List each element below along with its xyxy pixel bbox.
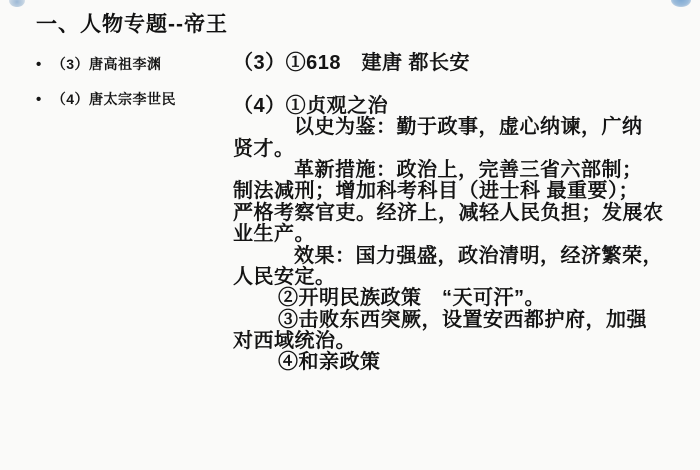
content-line: （3）①618 建唐 都长安 bbox=[233, 53, 664, 74]
content-block: （3）①618 建唐 都长安 （4）①贞观之治 以史为鉴：勤于政事，虚心纳谏，广… bbox=[233, 53, 664, 374]
bullet-icon: • bbox=[36, 92, 42, 107]
sidebar-item: • （3）唐高祖李渊 bbox=[36, 54, 176, 74]
content-line: 业生产。 bbox=[233, 224, 664, 245]
sidebar-item-label: （4）唐太宗李世民 bbox=[52, 89, 176, 109]
content-line: ④和亲政策 bbox=[233, 352, 664, 373]
content-line: 革新措施：政治上，完善三省六部制； bbox=[233, 160, 664, 181]
slide-title: 一、人物专题--帝王 bbox=[36, 8, 228, 38]
content-line: 严格考察官吏。经济上，减轻人民负担；发展农 bbox=[233, 203, 664, 224]
sidebar-item-label: （3）唐高祖李渊 bbox=[52, 54, 162, 74]
content-line: 制法减刑；增加科考科目（进士科 最重要）； bbox=[233, 181, 664, 202]
content-line: ②开明民族政策 “天可汗”。 bbox=[233, 288, 664, 309]
blue-dot-top-left-icon bbox=[9, 0, 25, 7]
content-line: （4）①贞观之治 bbox=[233, 96, 664, 117]
blue-dot-top-right-icon bbox=[671, 0, 691, 7]
bullet-icon: • bbox=[36, 57, 42, 72]
content-line: 对西域统治。 bbox=[233, 331, 664, 352]
content-line: 贤才。 bbox=[233, 139, 664, 160]
presentation-slide: 一、人物专题--帝王 • （3）唐高祖李渊 • （4）唐太宗李世民 （3）①61… bbox=[0, 0, 700, 470]
content-line: ③击败东西突厥，设置安西都护府，加强 bbox=[233, 310, 664, 331]
sidebar-item: • （4）唐太宗李世民 bbox=[36, 89, 176, 109]
content-line: 效果：国力强盛，政治清明，经济繁荣， bbox=[233, 246, 664, 267]
content-line: 以史为鉴：勤于政事，虚心纳谏，广纳 bbox=[233, 117, 664, 138]
sidebar-list: • （3）唐高祖李渊 • （4）唐太宗李世民 bbox=[36, 54, 176, 124]
content-line: 人民安定。 bbox=[233, 267, 664, 288]
